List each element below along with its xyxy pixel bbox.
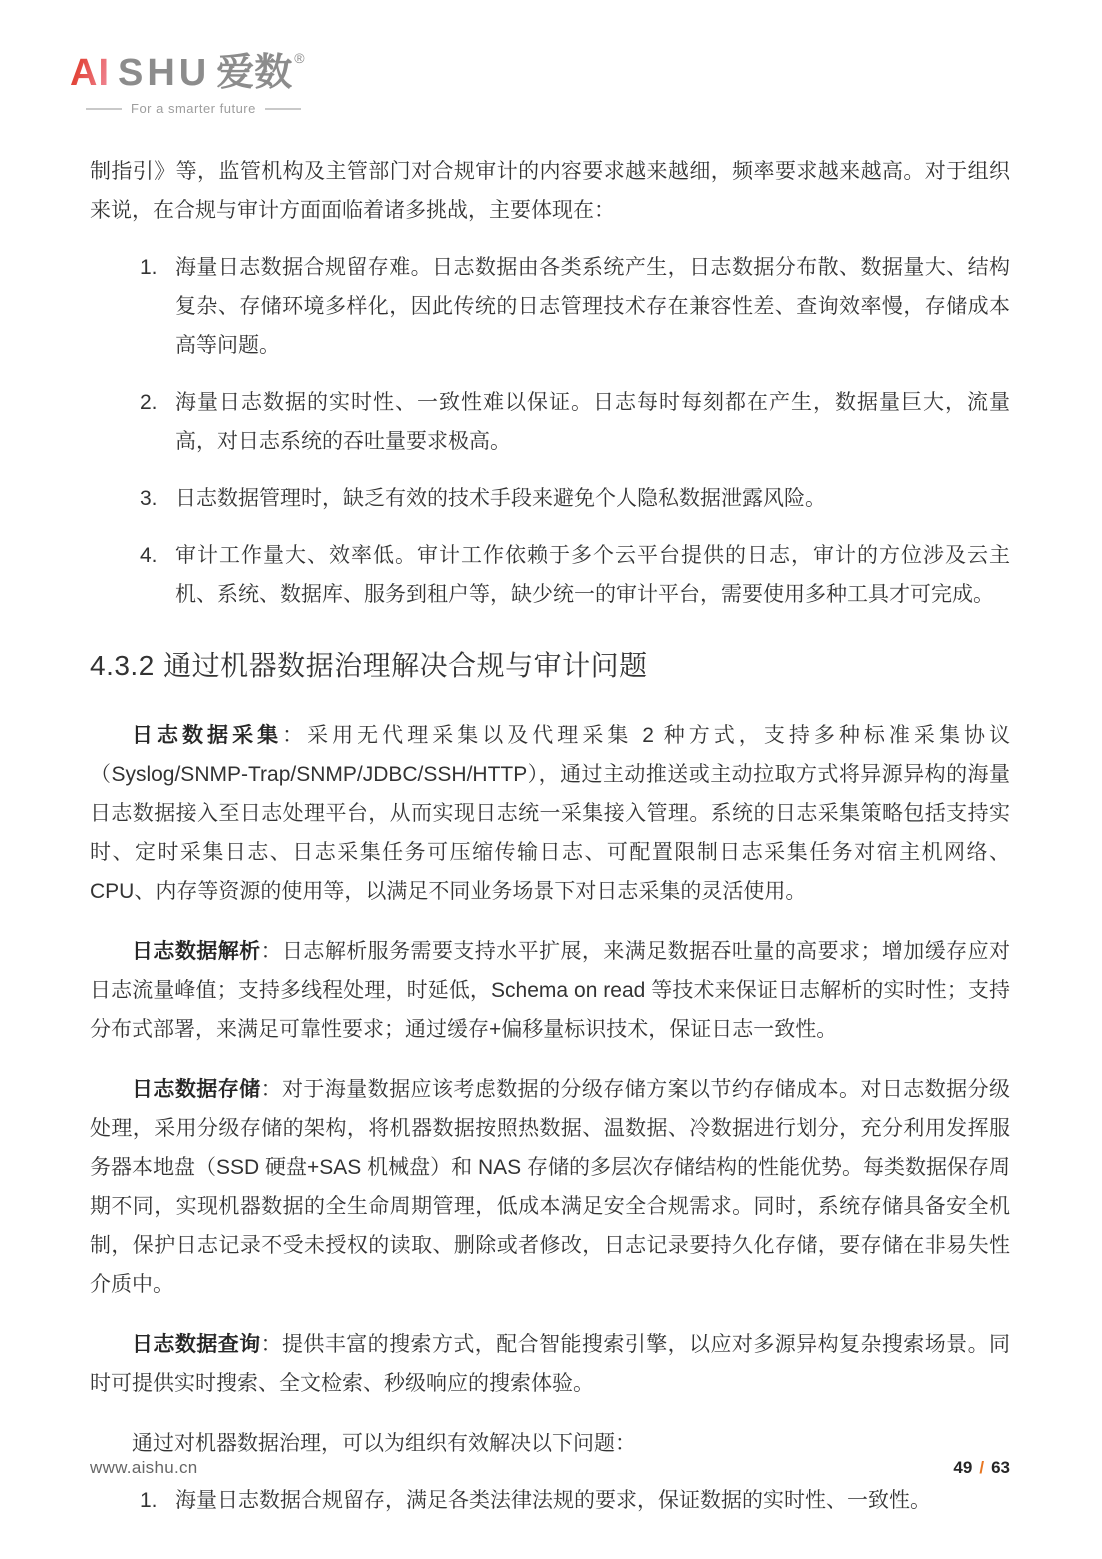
footer-website: www.aishu.cn <box>90 1458 198 1478</box>
paragraph-text: ：采用无代理采集以及代理采集 2 种方式，支持多种标准采集协议（Syslog/S… <box>90 724 1010 903</box>
tagline-dash-right <box>265 108 301 110</box>
paragraph-log-parsing: 日志数据解析：日志解析服务需要支持水平扩展，来满足数据吞吐量的高要求；增加缓存应… <box>90 932 1010 1049</box>
tagline-text: For a smarter future <box>131 101 256 116</box>
paragraph-log-storage: 日志数据存储：对于海量数据应该考虑数据的分级存储方案以节约存储成本。对日志数据分… <box>90 1070 1010 1304</box>
challenge-item-3: 3. 日志数据管理时，缺乏有效的技术手段来避免个人隐私数据泄露风险。 <box>90 479 1010 518</box>
paragraph-label: 日志数据采集 <box>132 724 282 747</box>
challenges-list: 1. 海量日志数据合规留存难。日志数据由各类系统产生，日志数据分布散、数据量大、… <box>90 248 1010 614</box>
list-text: 海量日志数据合规留存，满足各类法律法规的要求，保证数据的实时性、一致性。 <box>175 1489 931 1512</box>
section-number: 4.3.2 <box>90 650 155 681</box>
tagline-dash-left <box>86 108 122 110</box>
list-text: 日志数据管理时，缺乏有效的技术手段来避免个人隐私数据泄露风险。 <box>175 487 826 510</box>
section-heading-432: 4.3.2 通过机器数据治理解决合规与审计问题 <box>90 646 1010 686</box>
paragraph-label: 日志数据解析 <box>132 940 261 963</box>
list-number: 4. <box>140 536 158 575</box>
logo-ai-text: AI <box>70 52 110 94</box>
paragraph-text: ：对于海量数据应该考虑数据的分级存储方案以节约存储成本。对日志数据分级处理，采用… <box>90 1078 1010 1296</box>
solution-item-1: 1. 海量日志数据合规留存，满足各类法律法规的要求，保证数据的实时性、一致性。 <box>90 1481 1010 1520</box>
challenge-item-2: 2. 海量日志数据的实时性、一致性难以保证。日志每时每刻都在产生，数据量巨大，流… <box>90 383 1010 461</box>
list-number: 2. <box>140 383 158 422</box>
page-separator: / <box>979 1458 984 1477</box>
paragraph-label: 日志数据存储 <box>132 1078 261 1101</box>
paragraph-log-query: 日志数据查询：提供丰富的搜索方式，配合智能搜索引擎，以应对多源异构复杂搜索场景。… <box>90 1325 1010 1403</box>
logo-wordmark: AISHU爱数® <box>70 36 1102 95</box>
solutions-list: 1. 海量日志数据合规留存，满足各类法律法规的要求，保证数据的实时性、一致性。 <box>90 1481 1010 1520</box>
challenge-item-1: 1. 海量日志数据合规留存难。日志数据由各类系统产生，日志数据分布散、数据量大、… <box>90 248 1010 365</box>
list-number: 3. <box>140 479 158 518</box>
paragraph-label: 日志数据查询 <box>132 1333 261 1356</box>
page-number: 49/63 <box>953 1458 1010 1478</box>
logo-shu-text: SHU <box>118 52 210 94</box>
total-pages: 63 <box>991 1458 1010 1477</box>
paragraph-log-collection: 日志数据采集：采用无代理采集以及代理采集 2 种方式，支持多种标准采集协议（Sy… <box>90 716 1010 911</box>
logo-cn-text: 爱数 <box>216 52 292 94</box>
intro-paragraph: 制指引》等，监管机构及主管部门对合规审计的内容要求越来越细，频率要求越来越高。对… <box>90 152 1010 230</box>
list-text: 海量日志数据的实时性、一致性难以保证。日志每时每刻都在产生，数据量巨大，流量高，… <box>175 391 1010 453</box>
logo-tagline: For a smarter future <box>86 101 1102 116</box>
page-footer: www.aishu.cn 49/63 <box>90 1458 1010 1478</box>
aishu-logo: AISHU爱数® For a smarter future <box>70 36 1102 116</box>
document-content: 制指引》等，监管机构及主管部门对合规审计的内容要求越来越细，频率要求越来越高。对… <box>0 152 1102 1520</box>
list-text: 海量日志数据合规留存难。日志数据由各类系统产生，日志数据分布散、数据量大、结构复… <box>175 256 1010 357</box>
list-text: 审计工作量大、效率低。审计工作依赖于多个云平台提供的日志，审计的方位涉及云主机、… <box>175 544 1010 606</box>
registered-mark: ® <box>294 50 304 66</box>
current-page: 49 <box>953 1458 972 1477</box>
challenge-item-4: 4. 审计工作量大、效率低。审计工作依赖于多个云平台提供的日志，审计的方位涉及云… <box>90 536 1010 614</box>
section-title: 通过机器数据治理解决合规与审计问题 <box>163 650 648 681</box>
list-number: 1. <box>140 248 158 287</box>
list-number: 1. <box>140 1481 158 1520</box>
